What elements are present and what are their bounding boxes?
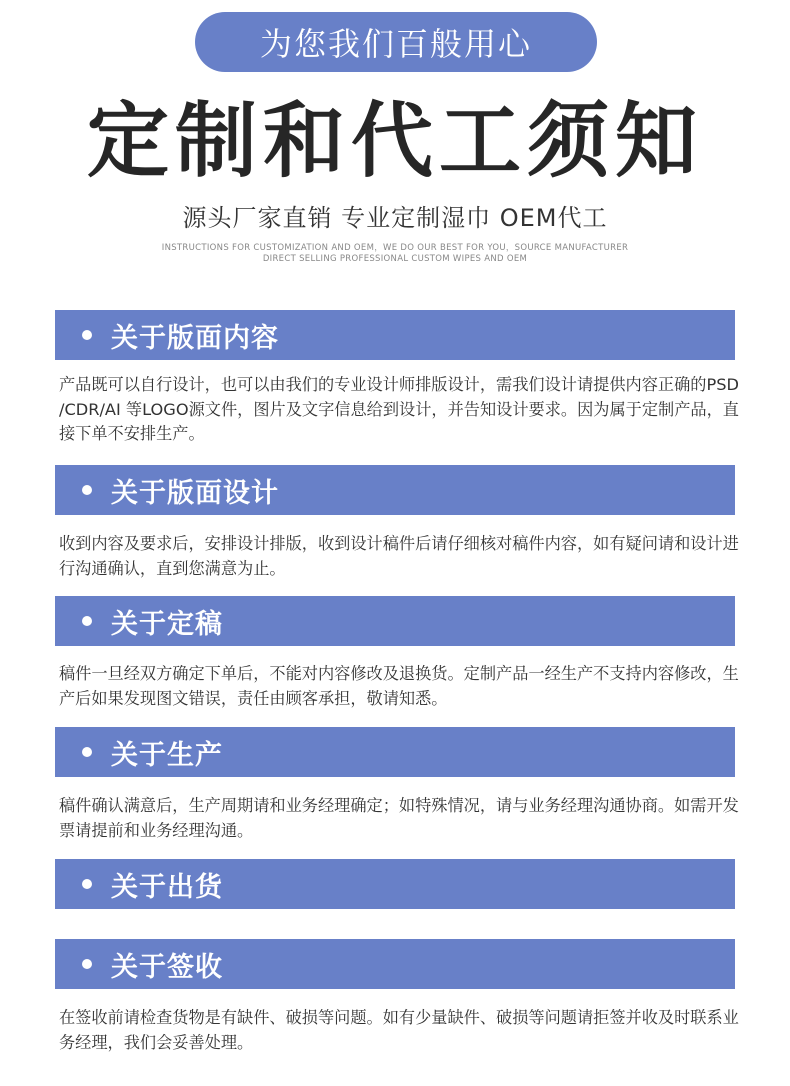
- section-header-finalization: 关于定稿: [55, 596, 735, 646]
- english-subtitle: INSTRUCTIONS FOR CUSTOMIZATION AND OEM，W…: [0, 243, 790, 265]
- section-title: 关于定稿: [111, 602, 223, 641]
- english-subtitle-line-1: INSTRUCTIONS FOR CUSTOMIZATION AND OEM，W…: [0, 243, 790, 254]
- section-header-layout-design: 关于版面设计: [55, 465, 735, 515]
- section-body-finalization: 稿件一旦经双方确定下单后，不能对内容修改及退换货。定制产品一经生产不支持内容修改…: [59, 662, 739, 711]
- bullet-icon: [82, 959, 92, 969]
- english-subtitle-line-2: DIRECT SELLING PROFESSIONAL CUSTOM WIPES…: [0, 254, 790, 265]
- bullet-icon: [82, 879, 92, 889]
- slogan-pill: 为您我们百般用心: [195, 12, 597, 72]
- section-title: 关于生产: [111, 733, 223, 772]
- section-title: 关于版面内容: [111, 316, 279, 355]
- section-title: 关于版面设计: [111, 471, 279, 510]
- section-body-layout-content: 产品既可以自行设计，也可以由我们的专业设计师排版设计，需我们设计请提供内容正确的…: [59, 373, 739, 447]
- section-header-layout-content: 关于版面内容: [55, 310, 735, 360]
- bullet-icon: [82, 330, 92, 340]
- bullet-icon: [82, 485, 92, 495]
- subtitle: 源头厂家直销 专业定制湿巾 OEM代工: [0, 201, 790, 235]
- section-body-receipt: 在签收前请检查货物是有缺件、破损等问题。如有少量缺件、破损等问题请拒签并收及时联…: [59, 1006, 739, 1055]
- section-title: 关于出货: [111, 865, 223, 904]
- section-body-production: 稿件确认满意后，生产周期请和业务经理确定；如特殊情况，请与业务经理沟通协商。如需…: [59, 794, 739, 843]
- section-header-shipping: 关于出货: [55, 859, 735, 909]
- section-title: 关于签收: [111, 945, 223, 984]
- page-title: 定制和代工须知: [0, 92, 790, 192]
- bullet-icon: [82, 616, 92, 626]
- bullet-icon: [82, 747, 92, 757]
- section-header-receipt: 关于签收: [55, 939, 735, 989]
- section-body-layout-design: 收到内容及要求后，安排设计排版，收到设计稿件后请仔细核对稿件内容，如有疑问请和设…: [59, 532, 739, 581]
- section-header-production: 关于生产: [55, 727, 735, 777]
- slogan-text: 为您我们百般用心: [260, 19, 532, 65]
